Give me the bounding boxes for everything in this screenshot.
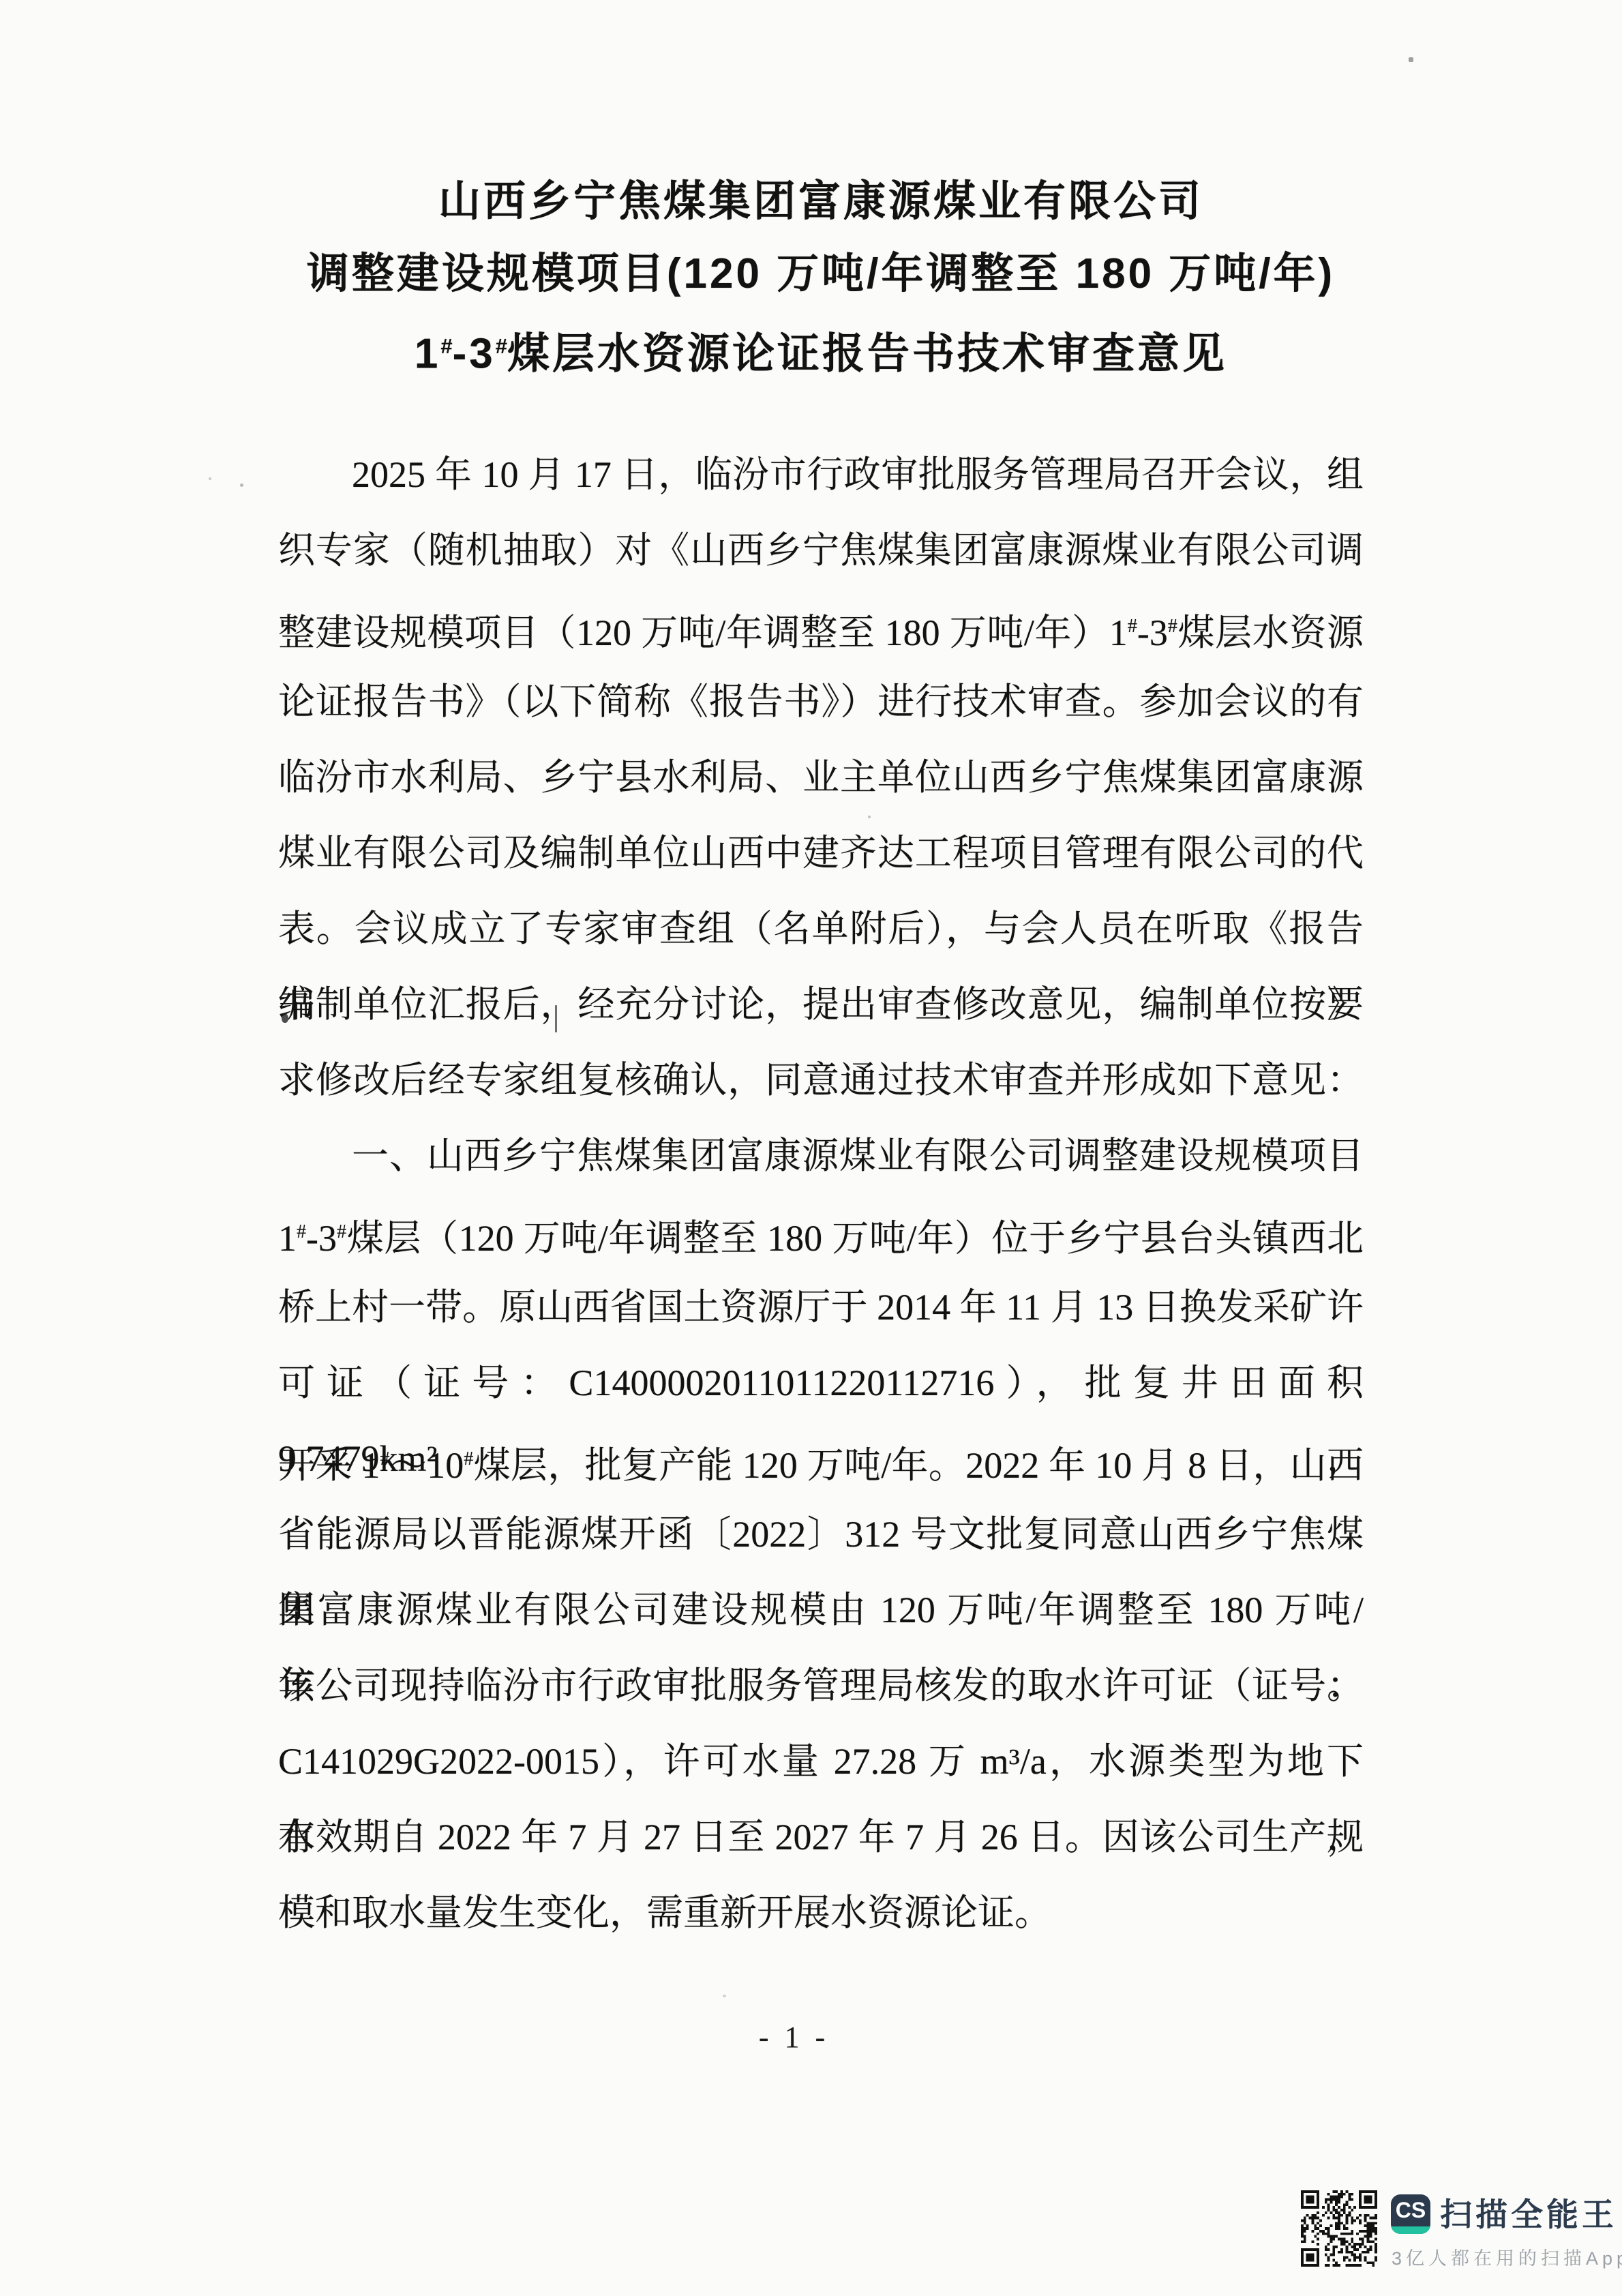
body-line: 整建设规模项目（120 万吨/年调整至 180 万吨/年）1#-3#煤层水资源 (278, 588, 1364, 664)
body-line: 可证（证号：C1400002011011220112716），批复井田面积 9.… (278, 1345, 1364, 1421)
body-line: 一、山西乡宁焦煤集团富康源煤业有限公司调整建设规模项目 (278, 1118, 1364, 1194)
title-line: 山西乡宁焦煤集团富康源煤业有限公司 (278, 166, 1364, 238)
body-line: 求修改后经专家组复核确认，同意通过技术审查并形成如下意见： (278, 1043, 1364, 1118)
body-line: 模和取水量发生变化，需重新开展水资源论证。 (278, 1875, 1364, 1951)
scan-speck (417, 775, 421, 779)
cs-logo-text: CS (1391, 2194, 1430, 2226)
body-line: 织专家（随机抽取）对《山西乡宁焦煤集团富康源煤业有限公司调 (278, 513, 1364, 588)
scan-speck (282, 1013, 288, 1023)
camscanner-logo: CS (1391, 2194, 1430, 2234)
document-title: 山西乡宁焦煤集团富康源煤业有限公司调整建设规模项目(120 万吨/年调整至 18… (278, 166, 1364, 383)
cs-logo-accent-band (1391, 2226, 1430, 2234)
body-text: 2025 年 10 月 17 日，临汾市行政审批服务管理局召开会议，组织专家（随… (278, 437, 1364, 1951)
body-line: 煤业有限公司及编制单位山西中建齐达工程项目管理有限公司的代 (278, 816, 1364, 891)
body-line: 有效期自 2022 年 7 月 27 日至 2027 年 7 月 26 日。因该… (278, 1800, 1364, 1875)
scan-speck (555, 1005, 557, 1032)
scan-speck (209, 477, 211, 480)
body-line: 该公司现持临汾市行政审批服务管理局核发的取水许可证（证号： (278, 1648, 1364, 1724)
scan-speck (1409, 57, 1413, 62)
body-line: 2025 年 10 月 17 日，临汾市行政审批服务管理局召开会议，组 (278, 437, 1364, 513)
body-line: 论证报告书》（以下简称《报告书》）进行技术审查。参加会议的有 (278, 664, 1364, 740)
scan-speck (723, 1995, 726, 1997)
page-number: - 1 - (0, 2020, 1605, 2055)
camscanner-app-name: 扫描全能王 (1440, 2195, 1617, 2235)
body-line: 团富康源煤业有限公司建设规模由 120 万吨/年调整至 180 万吨/年。 (278, 1572, 1364, 1648)
body-line: 临汾市水利局、乡宁县水利局、业主单位山西乡宁焦煤集团富康源 (278, 740, 1364, 816)
scanned-document-page: 山西乡宁焦煤集团富康源煤业有限公司调整建设规模项目(120 万吨/年调整至 18… (0, 0, 1622, 2296)
body-line: 编制单位汇报后，经充分讨论，提出审查修改意见，编制单位按要 (278, 967, 1364, 1043)
body-line: C141029G2022-0015），许可水量 27.28 万 m³/a，水源类… (278, 1724, 1364, 1800)
title-line: 调整建设规模项目(120 万吨/年调整至 180 万吨/年) (278, 238, 1364, 310)
body-line: 省能源局以晋能源煤开函〔2022〕312 号文批复同意山西乡宁焦煤集 (278, 1497, 1364, 1572)
body-line: 开采 1#～10#煤层，批复产能 120 万吨/年。2022 年 10 月 8 … (278, 1421, 1364, 1497)
title-line: 1#-3#煤层水资源论证报告书技术审查意见 (278, 310, 1364, 383)
scan-speck (868, 816, 871, 818)
qr-code (1301, 2190, 1377, 2267)
body-line: 表。会议成立了专家审查组（名单附后），与会人员在听取《报告书》 (278, 891, 1364, 967)
body-line: 1#-3#煤层（120 万吨/年调整至 180 万吨/年）位于乡宁县台头镇西北 (278, 1194, 1364, 1270)
scan-speck (240, 483, 243, 487)
camscanner-tagline: 3亿人都在用的扫描App (1392, 2243, 1622, 2270)
body-line: 桥上村一带。原山西省国土资源厅于 2014 年 11 月 13 日换发采矿许 (278, 1270, 1364, 1345)
